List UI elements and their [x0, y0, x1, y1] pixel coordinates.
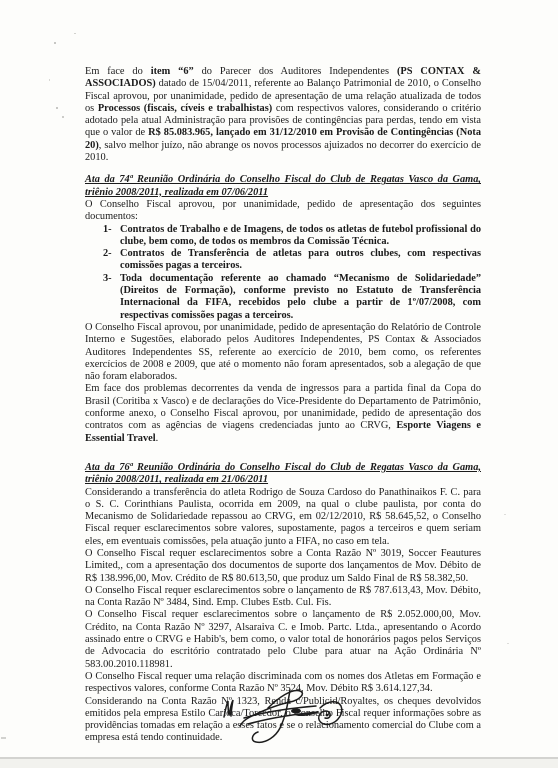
signature-stroke [319, 702, 342, 725]
text-run-bold: Toda documentação referente ao chamado “… [120, 273, 481, 321]
text-run-bold: item “6” [151, 66, 194, 77]
list-item-text: Contratos de Trabalho e de Imagens, de t… [120, 224, 481, 249]
text-run: . [156, 433, 159, 444]
text-run-bold: Ata da 74ª Reunião Ordinária do Conselho… [85, 174, 481, 197]
text-run: do Parecer dos Auditores Independentes [194, 66, 397, 77]
scan-speckle [62, 116, 64, 118]
paragraph: Em face dos problemas decorrentes da ven… [85, 383, 481, 444]
signature-ink-blot [291, 709, 301, 714]
paragraph: Em face do item “6” do Parecer dos Audit… [85, 66, 481, 164]
text-run-bold: Processos (fiscais, cíveis e trabalhista… [98, 103, 272, 114]
text-run: O Conselho Fiscal aprovou, por unanimida… [85, 322, 481, 382]
text-run-bold: Contratos de Trabalho e de Imagens, de t… [120, 224, 481, 247]
text-run: O Conselho Fiscal requer esclarecimentos… [85, 548, 481, 584]
scan-speckle [504, 514, 506, 515]
signature-initials-mark [224, 700, 233, 717]
scan-speckle [1, 737, 6, 739]
scan-speckle [56, 107, 58, 109]
signature-scribble [208, 684, 348, 760]
text-run: O Conselho Fiscal aprovou, por unanimida… [85, 199, 481, 222]
text-run: , salvo melhor juízo, não abrange os nov… [85, 140, 481, 163]
scan-speckle [49, 79, 50, 81]
list-item: 3-Toda documentação referente ao chamado… [85, 273, 481, 322]
scan-speckle [74, 33, 76, 34]
list-item-text: Contratos de Transferência de atletas pa… [120, 248, 481, 273]
list-item-number: 3- [103, 273, 120, 322]
text-run: O Conselho Fiscal requer esclarecimentos… [85, 585, 481, 608]
paragraph: O Conselho Fiscal requer esclarecimentos… [85, 548, 481, 585]
list-item: 2-Contratos de Transferência de atletas … [85, 248, 481, 273]
list-item-number: 1- [103, 224, 120, 249]
spacer [85, 445, 481, 457]
paragraph: O Conselho Fiscal aprovou, por unanimida… [85, 322, 481, 383]
section-heading: Ata da 74ª Reunião Ordinária do Conselho… [85, 174, 481, 199]
scan-speckle [54, 42, 56, 44]
list-item-text: Toda documentação referente ao chamado “… [120, 273, 481, 322]
document-content: Em face do item “6” do Parecer dos Audit… [85, 66, 481, 745]
list-item-number: 2- [103, 248, 120, 273]
spacer [85, 164, 481, 169]
text-run: Considerando a transferência do atleta R… [85, 487, 481, 547]
text-run-bold: Contratos de Transferência de atletas pa… [120, 248, 481, 271]
paragraph: O Conselho Fiscal requer esclarecimentos… [85, 585, 481, 610]
paragraph: O Conselho Fiscal requer esclarecimentos… [85, 609, 481, 670]
scan-bottom-margin [0, 759, 558, 768]
paragraph: O Conselho Fiscal aprovou, por unanimida… [85, 199, 481, 224]
text-run-bold: Ata da 76ª Reunião Ordinária do Conselho… [85, 462, 481, 485]
list-item: 1-Contratos de Trabalho e de Imagens, de… [85, 224, 481, 249]
text-run: O Conselho Fiscal requer esclarecimentos… [85, 609, 481, 669]
section-heading: Ata da 76ª Reunião Ordinária do Conselho… [85, 462, 481, 487]
text-run: Em face do [85, 66, 151, 77]
paragraph: Considerando a transferência do atleta R… [85, 487, 481, 548]
scan-speckle [507, 643, 509, 644]
signature-ink-dot [326, 714, 329, 717]
